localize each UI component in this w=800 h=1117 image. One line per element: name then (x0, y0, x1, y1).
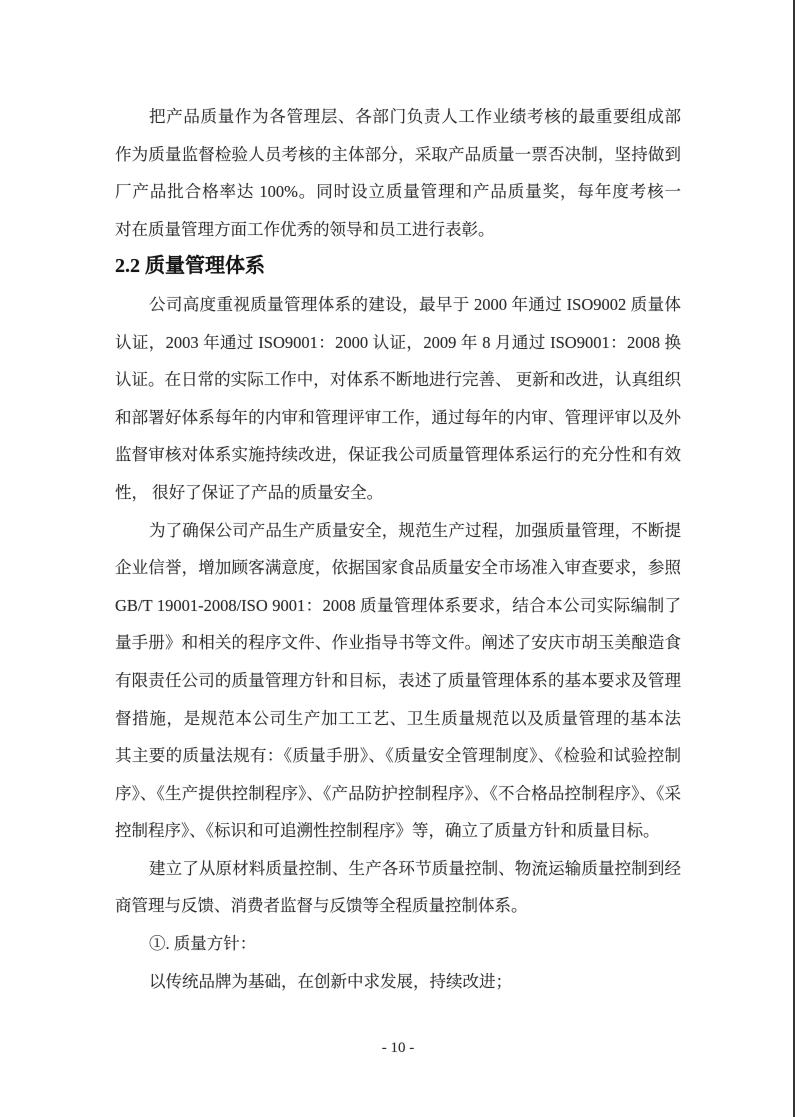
document-body: 把产品质量作为各管理层、各部门负责人工作业绩考核的最重要组成部分， 作为质量监督… (115, 98, 681, 1000)
text-line: 认证，2003 年通过 ISO9001：2000 认证，2009 年 8 月通过… (115, 324, 681, 362)
text-line: 为了确保公司产品生产质量安全，规范生产过程，加强质量管理，不断提高 (115, 512, 681, 550)
text-line: 和部署好体系每年的内审和管理评审工作，通过每年的内审、管理评审以及外部 (115, 399, 681, 437)
text-line: 建立了从原材料质量控制、生产各环节质量控制、物流运输质量控制到经销 (115, 850, 681, 888)
text-line: GB/T 19001-2008/ISO 9001：2008 质量管理体系要求，结… (115, 587, 681, 625)
text-line: 作为质量监督检验人员考核的主体部分，采取产品质量一票否决制，坚持做到出 (115, 136, 681, 174)
text-line: 对在质量管理方面工作优秀的领导和员工进行表彰。 (115, 211, 681, 249)
text-line-quality-policy-label: ①. 质量方针： (115, 925, 681, 963)
text-line: 督措施，是规范本公司生产加工工艺、卫生质量规范以及质量管理的基本法规。 (115, 700, 681, 738)
text-line: 把产品质量作为各管理层、各部门负责人工作业绩考核的最重要组成部分， (115, 98, 681, 136)
text-line: 公司高度重视质量管理体系的建设，最早于 2000 年通过 ISO9002 质量体… (115, 286, 681, 324)
text-line: 量手册》和相关的程序文件、作业指导书等文件。阐述了安庆市胡玉美酿造食品 (115, 624, 681, 662)
text-line-quality-policy-text: 以传统品牌为基础，在创新中求发展，持续改进； (115, 963, 681, 1001)
text-line: 序》、《生产提供控制程序》、《产品防护控制程序》、《不合格品控制程序》、《采购 (115, 775, 681, 813)
page-number: - 10 - (115, 1036, 681, 1060)
text-line: 其主要的质量法规有：《质量手册》、《质量安全管理制度》、《检验和试验控制程 (115, 737, 681, 775)
text-line: 监督审核对体系实施持续改进，保证我公司质量管理体系运行的充分性和有效 (115, 436, 681, 474)
text-line: 企业信誉，增加顾客满意度，依据国家食品质量安全市场准入审查要求，参照 (115, 549, 681, 587)
page-edge-line (793, 0, 795, 1117)
document-page: 把产品质量作为各管理层、各部门负责人工作业绩考核的最重要组成部分， 作为质量监督… (0, 0, 800, 1117)
text-line: 有限责任公司的质量管理方针和目标，表述了质量管理体系的基本要求及管理监 (115, 662, 681, 700)
text-line: 厂产品批合格率达 100%。同时设立质量管理和产品质量奖，每年度考核一次， (115, 173, 681, 211)
text-line: 性， 很好了保证了产品的质量安全。 (115, 474, 681, 512)
text-line: 商管理与反馈、消费者监督与反馈等全程质量控制体系。 (115, 887, 681, 925)
text-line: 控制程序》、《标识和可追溯性控制程序》等，确立了质量方针和质量目标。 (115, 812, 681, 850)
text-line: 认证。在日常的实际工作中，对体系不断地进行完善、 更新和改进，认真组织 (115, 361, 681, 399)
section-heading: 2.2 质量管理体系 (115, 248, 681, 286)
